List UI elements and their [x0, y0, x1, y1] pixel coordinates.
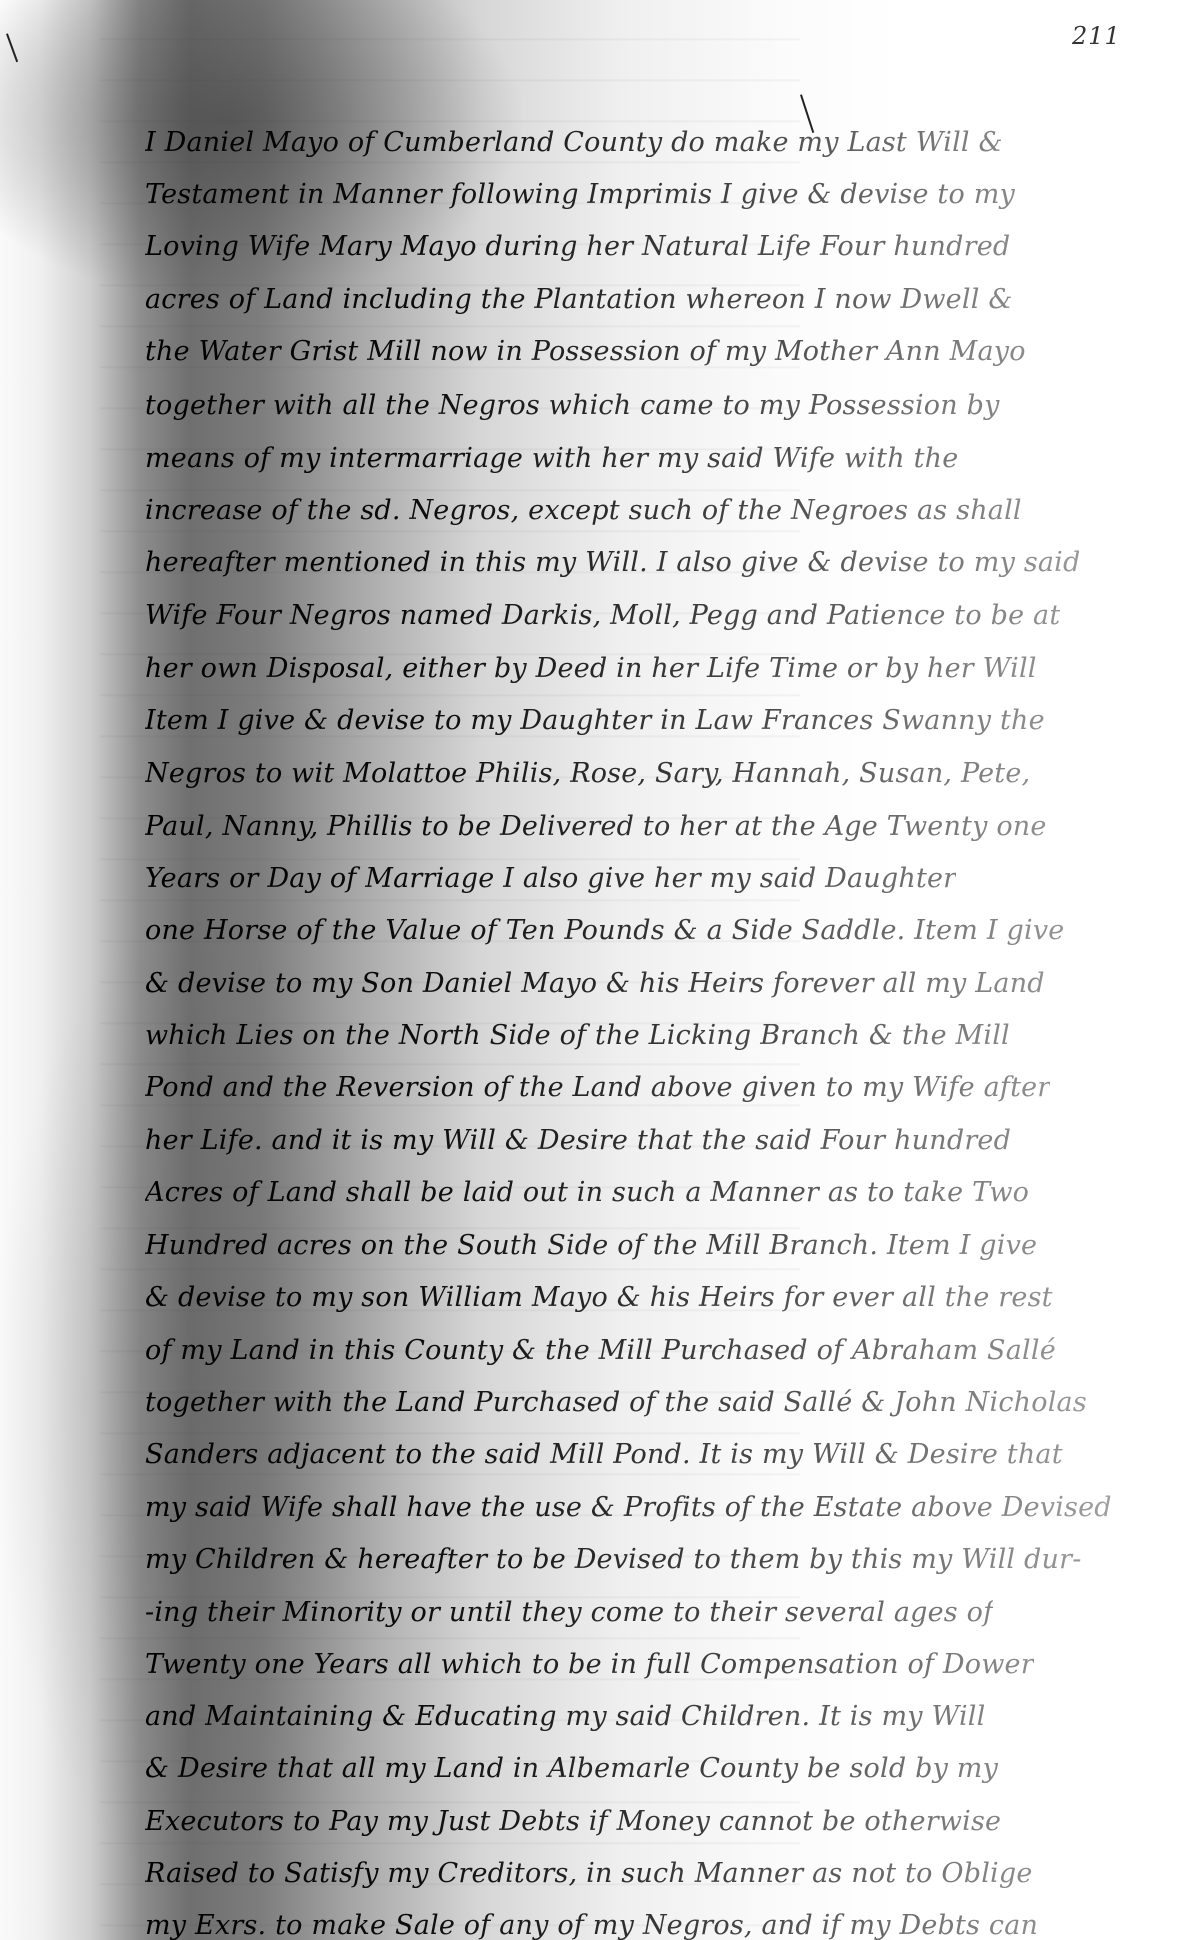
- text-line: Acres of Land shall be laid out in such …: [145, 1176, 1029, 1210]
- text-line: Hundred acres on the South Side of the M…: [145, 1229, 1037, 1263]
- text-line: Sanders adjacent to the said Mill Pond. …: [145, 1438, 1063, 1472]
- text-line: my Children & hereafter to be Devised to…: [145, 1543, 1082, 1577]
- text-line: increase of the sd. Negros, except such …: [145, 494, 1022, 528]
- text-line: Pond and the Reversion of the Land above…: [145, 1071, 1050, 1105]
- text-line: hereafter mentioned in this my Will. I a…: [145, 546, 1081, 580]
- text-line: my said Wife shall have the use & Profit…: [145, 1491, 1112, 1525]
- text-line: & devise to my Son Daniel Mayo & his Hei…: [145, 967, 1045, 1001]
- text-line: together with the Land Purchased of the …: [145, 1386, 1087, 1420]
- text-line: her Life. and it is my Will & Desire tha…: [145, 1124, 1011, 1158]
- scan-mark: [6, 33, 18, 62]
- text-line: Twenty one Years all which to be in full…: [145, 1648, 1034, 1682]
- text-line: of my Land in this County & the Mill Pur…: [145, 1334, 1056, 1368]
- text-line: means of my intermarriage with her my sa…: [145, 442, 958, 476]
- manuscript-page: 211 I Daniel Mayo of Cumberland County d…: [0, 0, 1200, 1940]
- text-line: & Desire that all my Land in Albemarle C…: [145, 1752, 998, 1786]
- text-line: -ing their Minority or until they come t…: [145, 1596, 993, 1630]
- text-line: Years or Day of Marriage I also give her…: [145, 862, 956, 896]
- text-line: together with all the Negros which came …: [145, 389, 1000, 423]
- text-line: her own Disposal, either by Deed in her …: [145, 652, 1037, 686]
- text-line: my Exrs. to make Sale of any of my Negro…: [145, 1909, 1038, 1940]
- text-line: Wife Four Negros named Darkis, Moll, Peg…: [145, 599, 1060, 633]
- text-line: the Water Grist Mill now in Possession o…: [145, 335, 1026, 369]
- text-line: Paul, Nanny, Phillis to be Delivered to …: [145, 810, 1047, 844]
- text-line: which Lies on the North Side of the Lick…: [145, 1019, 1010, 1053]
- page-number: 211: [1072, 22, 1121, 50]
- text-line: Executors to Pay my Just Debts if Money …: [145, 1805, 1001, 1839]
- text-line: I Daniel Mayo of Cumberland County do ma…: [145, 126, 1003, 160]
- text-line: Negros to wit Molattoe Philis, Rose, Sar…: [145, 757, 1030, 791]
- text-line: Raised to Satisfy my Creditors, in such …: [145, 1857, 1033, 1891]
- text-line: & devise to my son William Mayo & his He…: [145, 1281, 1053, 1315]
- text-line: Testament in Manner following Imprimis I…: [145, 178, 1015, 212]
- text-line: acres of Land including the Plantation w…: [145, 283, 1013, 317]
- text-line: and Maintaining & Educating my said Chil…: [145, 1700, 985, 1734]
- text-line: one Horse of the Value of Ten Pounds & a…: [145, 914, 1064, 948]
- text-line: Item I give & devise to my Daughter in L…: [145, 704, 1045, 738]
- text-line: Loving Wife Mary Mayo during her Natural…: [145, 230, 1010, 264]
